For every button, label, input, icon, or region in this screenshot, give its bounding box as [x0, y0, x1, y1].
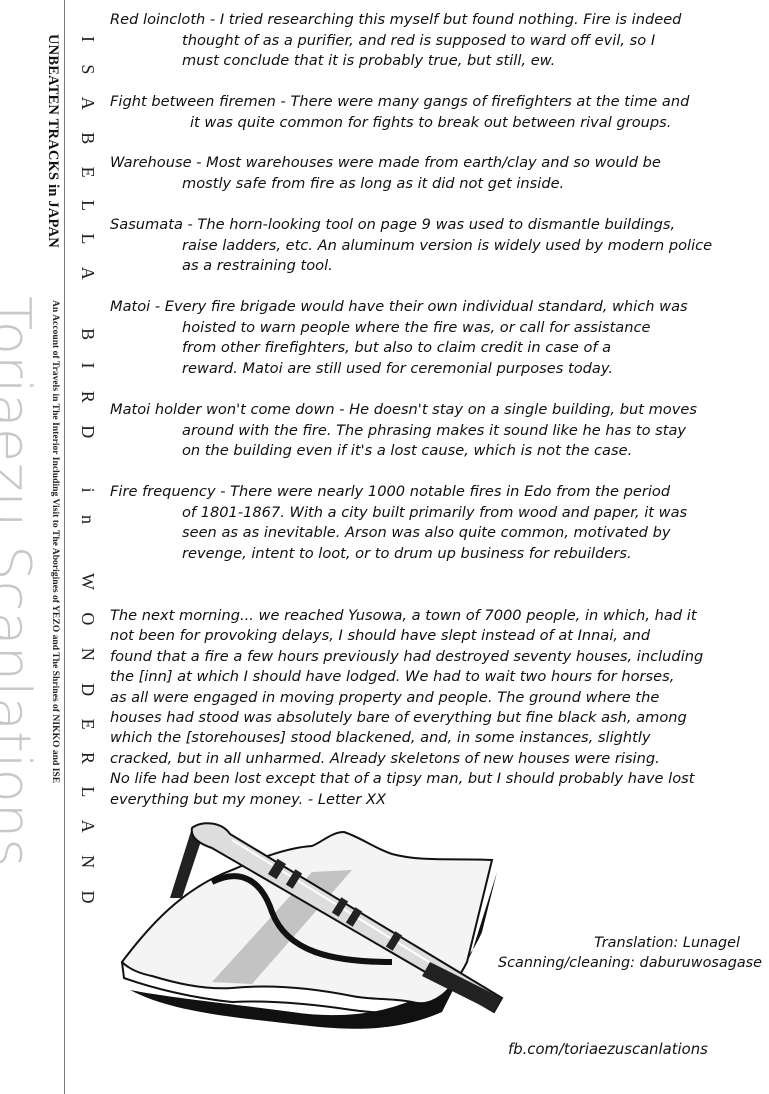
- note-line: mostly safe from fire as long as it did …: [110, 174, 661, 195]
- note-fight-between-firemen: Fight between firemen - There were many …: [110, 92, 689, 133]
- quote-line: not been for provoking delays, I should …: [110, 626, 765, 646]
- note-matoi-holder: Matoi holder won't come down - He doesn'…: [110, 400, 697, 462]
- note-line: Matoi - Every fire brigade would have th…: [110, 297, 688, 318]
- spine-divider: [64, 0, 65, 1094]
- quote-line: houses had stood was absolutely bare of …: [110, 708, 765, 728]
- book-title: UNBEATEN TRACKS in JAPAN: [44, 34, 61, 248]
- scanlation-watermark: Toriaezu Scanlations: [0, 296, 42, 867]
- quote-line: cracked, but in all unharmed. Already sk…: [110, 749, 765, 769]
- note-line: Fight between firemen - There were many …: [110, 92, 689, 113]
- quote-line: which the [storehouses] stood blackened,…: [110, 728, 765, 748]
- note-fire-frequency: Fire frequency - There were nearly 1000 …: [110, 482, 687, 564]
- translation-credit: Translation: Lunagel: [470, 934, 762, 954]
- note-matoi: Matoi - Every fire brigade would have th…: [110, 297, 688, 379]
- quote-line: found that a fire a few hours previously…: [110, 647, 765, 667]
- note-warehouse: Warehouse - Most warehouses were made fr…: [110, 153, 661, 194]
- note-line: of 1801-1867. With a city built primaril…: [110, 503, 687, 524]
- note-line: it was quite common for fights to break …: [110, 113, 689, 134]
- note-line: must conclude that it is probably true, …: [110, 51, 681, 72]
- letter-quote: The next morning... we reached Yusowa, a…: [110, 606, 765, 810]
- note-line: from other firefighters, but also to cla…: [110, 338, 688, 359]
- note-line: revenge, intent to loot, or to drum up b…: [110, 544, 687, 565]
- quote-line: as all were engaged in moving property a…: [110, 688, 765, 708]
- note-red-loincloth: Red loincloth - I tried researching this…: [110, 10, 681, 72]
- note-line: thought of as a purifier, and red is sup…: [110, 31, 681, 52]
- note-line: seen as as inevitable. Arson was also qu…: [110, 523, 687, 544]
- note-line: around with the fire. The phrasing makes…: [110, 421, 697, 442]
- note-line: on the building even if it's a lost caus…: [110, 441, 697, 462]
- tile-and-tool-illustration: [112, 812, 512, 1048]
- note-line: reward. Matoi are still used for ceremon…: [110, 359, 688, 380]
- note-line: hoisted to warn people where the fire wa…: [110, 318, 688, 339]
- series-title: ISABELLA BIRD in WONDERLAND: [77, 36, 98, 926]
- note-line: as a restraining tool.: [110, 256, 712, 277]
- book-subtitle: An Account of Travels in The Interior In…: [50, 300, 61, 783]
- note-line: Red loincloth - I tried researching this…: [110, 10, 681, 31]
- facebook-link[interactable]: fb.com/toriaezuscanlations: [508, 1041, 708, 1058]
- roof-tile-hook-icon: [112, 812, 512, 1048]
- note-line: Fire frequency - There were nearly 1000 …: [110, 482, 687, 503]
- scanlation-credits: Translation: Lunagel Scanning/cleaning: …: [470, 934, 762, 973]
- note-sasumata: Sasumata - The horn-looking tool on page…: [110, 215, 712, 277]
- scanning-credit: Scanning/cleaning: daburuwosagase: [470, 954, 762, 974]
- note-line: Warehouse - Most warehouses were made fr…: [110, 153, 661, 174]
- note-line: raise ladders, etc. An aluminum version …: [110, 236, 712, 257]
- note-line: Matoi holder won't come down - He doesn'…: [110, 400, 697, 421]
- quote-line: No life had been lost except that of a t…: [110, 769, 765, 789]
- quote-line: everything but my money. - Letter XX: [110, 790, 765, 810]
- book-spine: Toriaezu Scanlations UNBEATEN TRACKS in …: [0, 0, 66, 1094]
- note-line: Sasumata - The horn-looking tool on page…: [110, 215, 712, 236]
- quote-line: the [inn] at which I should have lodged.…: [110, 667, 765, 687]
- quote-line: The next morning... we reached Yusowa, a…: [110, 606, 765, 626]
